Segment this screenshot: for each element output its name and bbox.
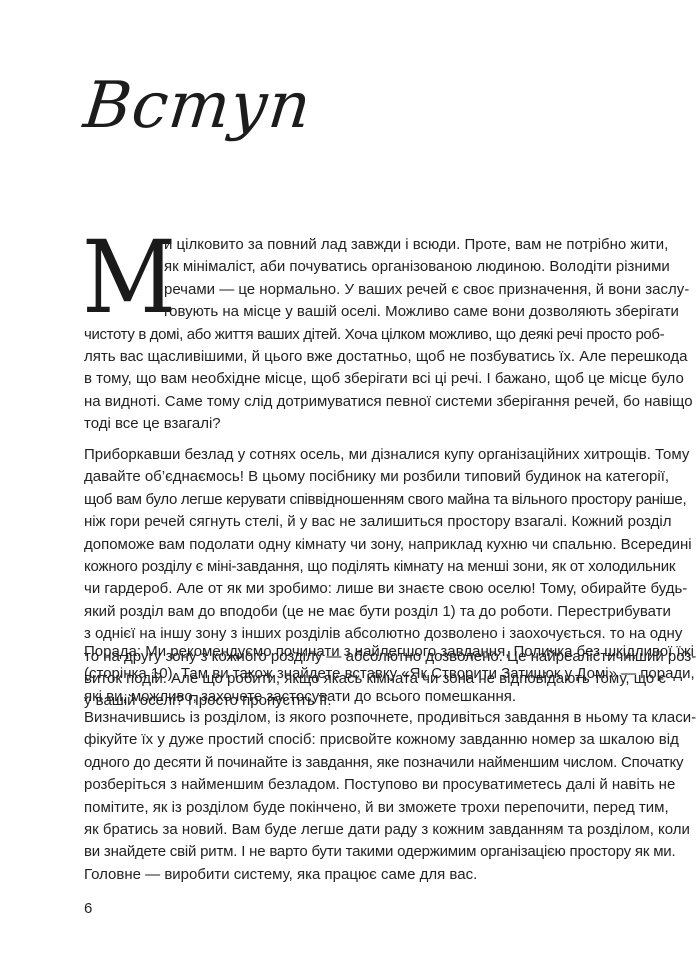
text-line: говують на місце у вашій оселі. Можливо … (84, 301, 618, 323)
text-line: чи гардероб. Але от як ми зробимо: лише … (84, 578, 618, 600)
text-line: чистоту в домі, або життя ваших дітей. Х… (84, 324, 618, 346)
text-line: на видноті. Саме тому слід дотримуватися… (84, 391, 618, 413)
page-title: Вступ (80, 66, 315, 146)
text-line: Порада: Ми рекомендуємо починати з найле… (84, 641, 618, 663)
text-line: кожного розділу є міні-завдання, що поді… (84, 556, 618, 578)
paragraph-intro: и цілковито за повний лад завжди і всюди… (84, 234, 618, 436)
text-line: допоможе вам подолати одну кімнату чи зо… (84, 534, 618, 556)
text-line: давайте об’єднаємось! В цьому посібнику … (84, 466, 618, 488)
text-line: (сторінка 10). Там ви також знайдете вст… (84, 663, 618, 685)
text-line: одного до десяти й починайте із завдання… (84, 752, 618, 774)
text-line: щоб вам було легше керувати співвідношен… (84, 489, 618, 511)
text-line: тоді все це взагалі? (84, 413, 618, 435)
text-line: розберіться з найменшим безладом. Поступ… (84, 774, 618, 796)
text-line: ніж гори речей сягнуть стелі, й у вас не… (84, 511, 618, 533)
text-line: ви знайдете свій ритм. І не варто бути т… (84, 841, 618, 863)
text-line: як мінімаліст, аби почуватись організова… (84, 256, 618, 278)
text-line: речами — це нормально. У ваших речей є с… (84, 279, 618, 301)
text-line: Приборкавши безлад у сотнях осель, ми ді… (84, 444, 618, 466)
page-number: 6 (84, 900, 92, 917)
text-line: в тому, що вам необхідне місце, щоб збер… (84, 368, 618, 390)
text-line: лять вас щасливішими, й цього вже достат… (84, 346, 618, 368)
text-line: Визначившись із розділом, із якого розпо… (84, 707, 618, 729)
text-line: який розділ вам до вподоби (це не має бу… (84, 601, 618, 623)
paragraph-tip: Порада: Ми рекомендуємо починати з найле… (84, 641, 618, 708)
text-line: Головне — виробити систему, яка працює с… (84, 864, 618, 886)
text-line: як братись за новий. Вам буде легше дати… (84, 819, 618, 841)
text-line: які ви, можливо, захочете застосувати до… (84, 686, 618, 708)
text-line: помітите, як із розділом буде покінчено,… (84, 797, 618, 819)
paragraph-method: Визначившись із розділом, із якого розпо… (84, 707, 618, 886)
text-line: фікуйте їх у дуже простий спосіб: присво… (84, 729, 618, 751)
text-line: и цілковито за повний лад завжди і всюди… (84, 234, 618, 256)
